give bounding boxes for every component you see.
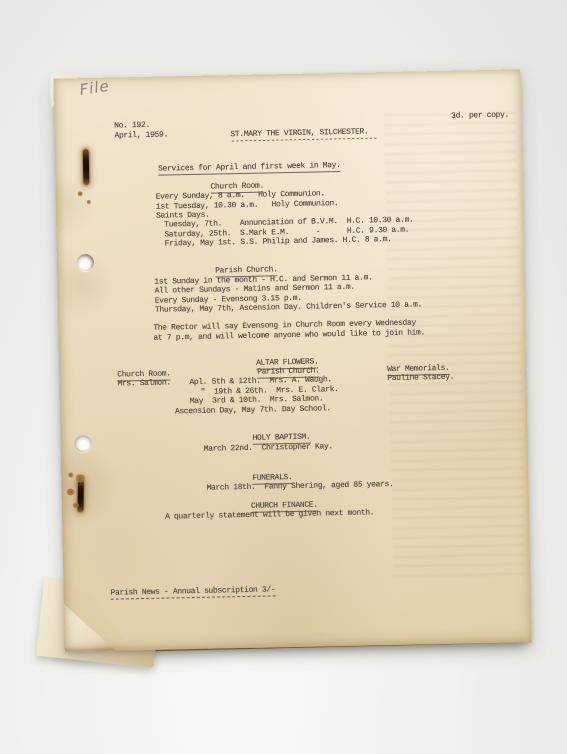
issue-number: No. 192. xyxy=(114,121,150,131)
masthead-rule: --------------------------------- xyxy=(231,134,378,146)
price-per-copy: 3d. per copy. xyxy=(451,111,509,121)
typewritten-content: No. 192. 3d. per copy. April, 1959. ST.M… xyxy=(53,69,531,651)
funerals-entry: March 18th. Fanny Shering, aged 85 years… xyxy=(206,480,393,493)
photo-of-newsletter: File No. 192. 3d. per copy. April, 1959.… xyxy=(0,0,567,754)
church-finance-entry: A quarterly statement will be given next… xyxy=(165,508,374,521)
altar-flowers-church-room-value: Mrs. Salmon. xyxy=(117,378,171,388)
services-heading: Services for April and first week in May… xyxy=(158,161,341,176)
newsletter-front-page: File No. 192. 3d. per copy. April, 1959.… xyxy=(53,69,531,651)
issue-date: April, 1959. xyxy=(114,130,168,140)
subscription-note: Parish News - Annual subscription 3/- xyxy=(111,585,276,599)
altar-flowers-schedule-line: Ascension Day, May 7th. Day School. xyxy=(175,404,331,416)
holy-baptism-entry: March 22nd. Christopher Kay. xyxy=(204,442,333,454)
altar-flowers-war-memorials-value: Pauline Stacey. xyxy=(387,373,454,383)
